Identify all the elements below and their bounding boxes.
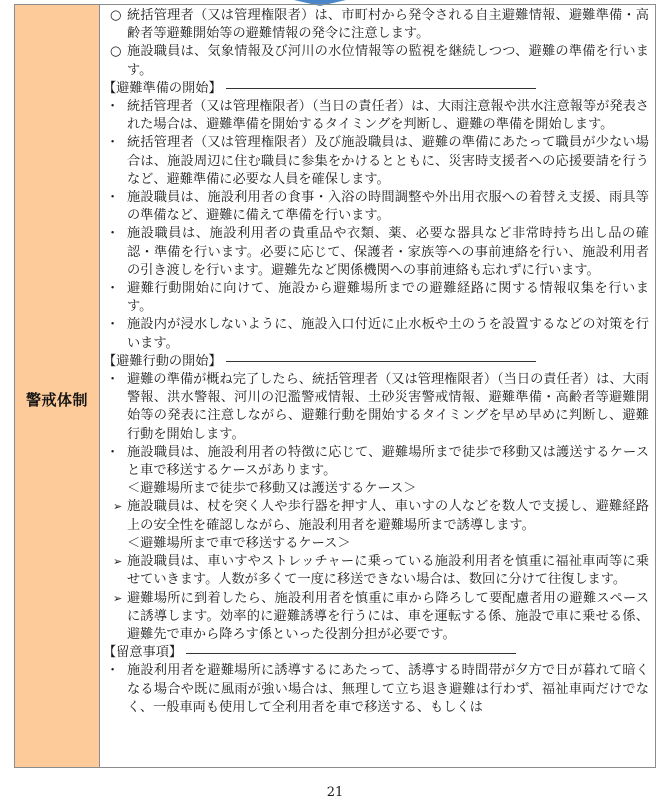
- intro-item: ○ 施設職員は、気象情報及び河川の水位情報等の監視を継続しつつ、避難の準備を行い…: [103, 43, 649, 79]
- dot-bullet-icon: ・: [103, 444, 127, 480]
- intro-item: ○ 統括管理者（又は管理権限者）は、市町村から発令される自主避難情報、避難準備・…: [103, 7, 649, 43]
- list-item: ・ 避難行動開始に向けて、施設から避難場所までの避難経路に関する情報収集を行いま…: [103, 280, 649, 316]
- dot-bullet-icon: ・: [103, 662, 127, 717]
- list-item: ・ 施設職員は、施設利用者の食事・入浴の時間調整や外出用衣服への着替え支援、雨具…: [103, 189, 649, 225]
- dot-bullet-icon: ・: [103, 280, 127, 316]
- list-item: ・ 統括管理者（又は管理権限者）（当日の責任者）は、大雨注意報や洪水注意報等が発…: [103, 98, 649, 134]
- heading-rule: [186, 653, 516, 654]
- phase-label-cell: 警戒体制: [15, 5, 100, 767]
- dot-bullet-icon: ・: [103, 225, 127, 280]
- dot-bullet-icon: ・: [103, 316, 127, 352]
- arrow-bullet-icon: ➢: [103, 553, 127, 589]
- section-heading: 【留意事項】: [103, 644, 649, 662]
- arrow-bullet-icon: ➢: [103, 498, 127, 534]
- arrow-bullet-icon: ➢: [103, 590, 127, 645]
- section-heading: 【避難行動の開始】: [103, 353, 649, 371]
- list-item: ➢ 施設職員は、杖を突く人や歩行器を押す人、車いすの人などを数人で支援し、避難経…: [103, 498, 649, 534]
- dot-bullet-icon: ・: [103, 98, 127, 134]
- dot-bullet-icon: ・: [103, 134, 127, 189]
- procedure-content: ○ 統括管理者（又は管理権限者）は、市町村から発令される自主避難情報、避難準備・…: [100, 5, 655, 767]
- list-item: ・ 統括管理者（又は管理権限者）及び施設職員は、避難の準備にあたって職員が少ない…: [103, 134, 649, 189]
- list-item: ➢ 避難場所に到着したら、施設利用者を慎重に車から降ろして要配慮者用の避難スペー…: [103, 590, 649, 645]
- page-number: 21: [0, 785, 670, 800]
- dot-bullet-icon: ・: [103, 189, 127, 225]
- case-subheading: ＜避難場所まで車で移送するケース＞: [103, 535, 649, 553]
- circle-bullet-icon: ○: [103, 43, 127, 79]
- list-item: ・ 施設職員は、施設利用者の貴重品や衣類、薬、必要な器具など非常時持ち出し品の確…: [103, 225, 649, 280]
- phase-label: 警戒体制: [26, 389, 88, 410]
- procedure-table: 警戒体制 ○ 統括管理者（又は管理権限者）は、市町村から発令される自主避難情報、…: [14, 4, 656, 768]
- case-subheading: ＜避難場所まで徒歩で移動又は護送するケース＞: [103, 480, 649, 498]
- list-item: ・ 施設内が浸水しないように、施設入口付近に止水板や土のうを設置するなどの対策を…: [103, 316, 649, 352]
- list-item: ・ 施設職員は、施設利用者の特徴に応じて、避難場所まで徒歩で移動又は護送するケー…: [103, 444, 649, 480]
- dot-bullet-icon: ・: [103, 371, 127, 444]
- list-item: ・ 施設利用者を避難場所に誘導するにあたって、誘導する時間帯が夕方で日が暮れて暗…: [103, 662, 649, 717]
- list-item: ➢ 施設職員は、車いすやストレッチャーに乗っている施設利用者を慎重に福祉車両等に…: [103, 553, 649, 589]
- heading-rule: [226, 361, 536, 362]
- circle-bullet-icon: ○: [103, 7, 127, 43]
- heading-rule: [226, 88, 536, 89]
- list-item: ・ 避難の準備が概ね完了したら、統括管理者（又は管理権限者）（当日の責任者）は、…: [103, 371, 649, 444]
- section-heading: 【避難準備の開始】: [103, 80, 649, 98]
